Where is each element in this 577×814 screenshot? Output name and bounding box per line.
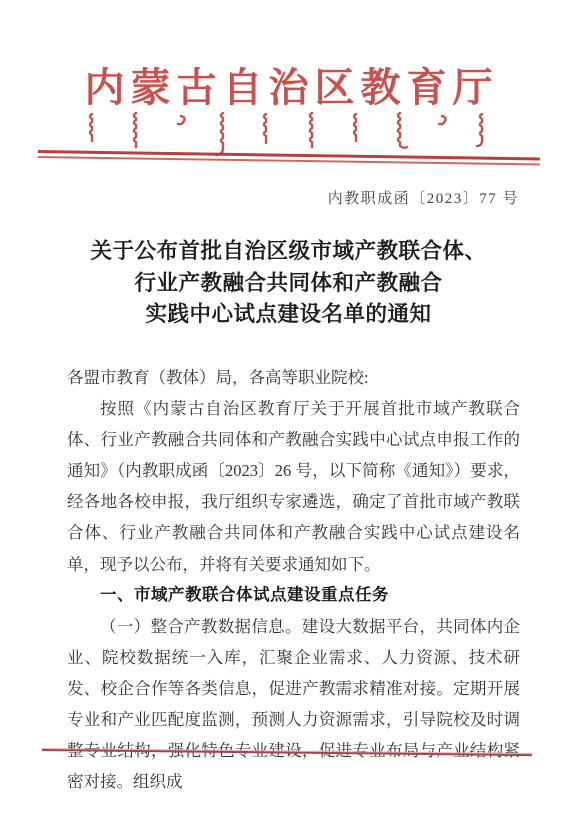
doc-title-line-1: 关于公布首批自治区级市域产教联合体、: [0, 236, 577, 268]
doc-body: 各盟市教育（教体）局，各高等职业院校: 按照《内蒙古自治区教育厅关于开展首批市域…: [67, 362, 520, 797]
doc-title-line-3: 实践中心试点建设名单的通知: [0, 299, 577, 331]
agency-name: 内蒙古自治区教育厅: [0, 56, 577, 113]
doc-title: 关于公布首批自治区级市域产教联合体、 行业产教融合共同体和产教融合 实践中心试点…: [0, 236, 577, 331]
document-page: 内蒙古自治区教育厅 内教职成函〔2023〕77 号 关于公布首批自治区级市域产教…: [0, 0, 577, 814]
body-paragraph-2: （一）整合产教数据信息。建设大数据平台，共同体内企业、院校数据统一入库，汇聚企业…: [67, 611, 520, 798]
section-heading-1: 一、市域产教联合体试点建设重点任务: [67, 580, 520, 611]
body-paragraph-1: 按照《内蒙古自治区教育厅关于开展首批市域产教联合体、行业产教融合共同体和产教融合…: [67, 393, 520, 580]
doc-number: 内教职成函〔2023〕77 号: [328, 187, 519, 208]
doc-title-line-2: 行业产教融合共同体和产教融合: [0, 268, 577, 300]
mongolian-script-icon: [88, 111, 488, 157]
salutation: 各盟市教育（教体）局，各高等职业院校:: [67, 362, 520, 393]
